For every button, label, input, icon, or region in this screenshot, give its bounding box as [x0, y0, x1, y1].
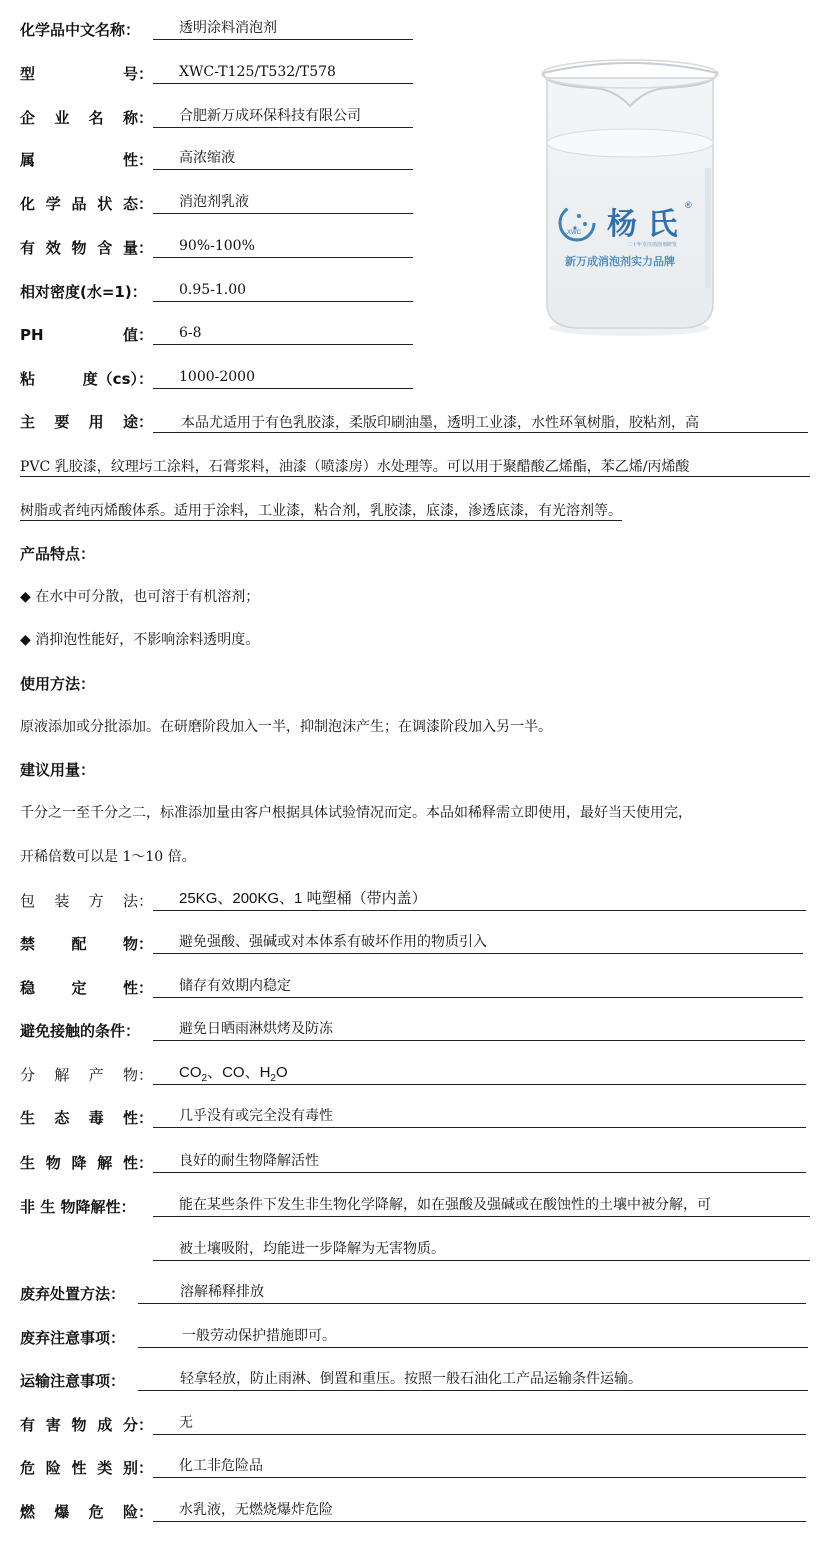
spec-label: 危险性类别：	[20, 1458, 153, 1478]
spec-label: 非 生 物降解性：	[20, 1197, 153, 1217]
svg-text:杨 氏: 杨 氏	[607, 207, 678, 242]
spec-row-state: 化学品状态： 消泡剂乳液	[20, 192, 413, 214]
spec-row-decomposition: 分解产物： CO2、CO、H2O	[20, 1063, 806, 1085]
spec-label: 避免接触的条件：	[20, 1021, 153, 1041]
spec-label: 包装方法：	[20, 891, 153, 911]
main-use-text: 本品尤适用于有色乳胶漆，柔版印刷油墨，透明工业漆，水性环氧树脂，胶粘剂，高	[153, 412, 808, 433]
spec-value: 一般劳动保护措施即可。	[138, 1326, 808, 1348]
feature-item: ◆ 消抑泡性能好，不影响涂料透明度。	[20, 629, 259, 649]
spec-row-company: 企业名称： 合肥新万成环保科技有限公司	[20, 106, 413, 128]
spec-row-packaging: 包装方法： 25KG、200KG、1 吨塑桶（带内盖）	[20, 889, 806, 911]
spec-value: 储存有效期内稳定	[153, 976, 803, 998]
spec-row-abiotic-degradation: 非 生 物降解性： 能在某些条件下发生非生物化学降解，如在强酸及强碱或在酸蚀性的…	[20, 1195, 810, 1217]
spec-label: 型号：	[20, 64, 153, 84]
svg-text:新万成消泡剂实力品牌: 新万成消泡剂实力品牌	[565, 254, 675, 268]
spec-value: 0.95-1.00	[153, 280, 413, 302]
spec-row-transport-notes: 运输注意事项： 轻拿轻放，防止雨淋、倒置和重压。按照一般石油化工产品运输条件运输…	[20, 1369, 808, 1391]
spec-label: 废弃处置方法：	[20, 1284, 138, 1304]
spec-label: 化学品中文名称：	[20, 20, 153, 40]
spec-row-disposal-notes: 废弃注意事项： 一般劳动保护措施即可。	[20, 1326, 808, 1348]
spec-row-avoid-conditions: 避免接触的条件： 避免日晒雨淋烘烤及防冻	[20, 1019, 805, 1041]
spec-row-stability: 稳定性： 储存有效期内稳定	[20, 976, 803, 998]
spec-label: 生物降解性：	[20, 1153, 153, 1173]
svg-text:二十年专注消泡剂研发: 二十年专注消泡剂研发	[627, 241, 677, 248]
spec-value: 6-8	[153, 323, 413, 345]
spec-value: 被土壤吸附，均能进一步降解为无害物质。	[153, 1239, 810, 1261]
product-image: XWC 杨 氏 ® 二十年专注消泡剂研发 新万成消泡剂实力品牌	[535, 48, 725, 338]
spec-label: 企业名称：	[20, 108, 153, 128]
dosage-line-1: 千分之一至千分之二，标准添加量由客户根据具体试验情况而定。本品如稀释需立即使用，…	[20, 802, 692, 822]
features-title: 产品特点：	[20, 543, 95, 564]
spec-value: 能在某些条件下发生非生物化学降解，如在强酸及强碱或在酸蚀性的土壤中被分解，可	[153, 1195, 810, 1217]
spec-value: 合肥新万成环保科技有限公司	[153, 106, 413, 128]
usage-title: 使用方法：	[20, 673, 95, 694]
spec-value: 轻拿轻放，防止雨淋、倒置和重压。按照一般石油化工产品运输条件运输。	[138, 1369, 808, 1391]
spec-row-active-content: 有效物含量： 90%-100%	[20, 236, 413, 258]
spec-label: 分解产物：	[20, 1065, 153, 1085]
spec-row-biodegradability: 生物降解性： 良好的耐生物降解活性	[20, 1151, 806, 1173]
spec-value: 避免强酸、强碱或对本体系有破坏作用的物质引入	[153, 932, 803, 954]
feature-item: ◆ 在水中可分散，也可溶于有机溶剂；	[20, 586, 259, 606]
spec-label: 相对密度(水=1)：	[20, 282, 153, 302]
spec-value: 25KG、200KG、1 吨塑桶（带内盖）	[153, 889, 806, 911]
spec-value: 90%-100%	[153, 236, 413, 258]
spec-row-incompatible: 禁配物： 避免强酸、强碱或对本体系有破坏作用的物质引入	[20, 932, 803, 954]
spec-row-hazardous-components: 有害物成分： 无	[20, 1413, 806, 1435]
spec-row-explosion-hazard: 燃爆危险： 水乳液，无燃烧爆炸危险	[20, 1500, 806, 1522]
spec-value: 透明涂料消泡剂	[153, 18, 413, 40]
spec-label: 有效物含量：	[20, 238, 153, 258]
feature-text: 在水中可分散，也可溶于有机溶剂；	[35, 589, 259, 605]
spec-label: 废弃注意事项：	[20, 1328, 138, 1348]
spec-row-chinese-name: 化学品中文名称： 透明涂料消泡剂	[20, 18, 413, 40]
dosage-title: 建议用量：	[20, 759, 95, 780]
spec-label: 稳定性：	[20, 978, 153, 998]
spec-row-viscosity: 粘度（cs）： 1000-2000	[20, 367, 413, 389]
spec-label: 有害物成分：	[20, 1415, 153, 1435]
spec-value: 溶解稀释排放	[138, 1282, 806, 1304]
main-use-line-2: PVC 乳胶漆，纹理圬工涂料，石膏浆料，油漆（喷漆房）水处理等。可以用于聚醋酸乙…	[20, 456, 810, 477]
spec-row-model: 型号： XWC-T125/T532/T578	[20, 62, 413, 84]
spec-row-eco-toxicity: 生态毒性： 几乎没有或完全没有毒性	[20, 1106, 806, 1128]
spec-value: 消泡剂乳液	[153, 192, 413, 214]
spec-label: 化学品状态：	[20, 194, 153, 214]
spec-row-density: 相对密度(水=1)： 0.95-1.00	[20, 280, 413, 302]
main-use-line-1: 主要用途：本品尤适用于有色乳胶漆，柔版印刷油墨，透明工业漆，水性环氧树脂，胶粘剂…	[20, 412, 812, 433]
spec-label: 燃爆危险：	[20, 1502, 153, 1522]
usage-text: 原液添加或分批添加。在研磨阶段加入一半，抑制泡沫产生；在调漆阶段加入另一半。	[20, 716, 552, 736]
dosage-line-2: 开稀倍数可以是 1～10 倍。	[20, 846, 196, 866]
spec-row-property: 属性： 高浓缩液	[20, 148, 413, 170]
spec-label: 生态毒性：	[20, 1108, 153, 1128]
spec-value: 几乎没有或完全没有毒性	[153, 1106, 806, 1128]
spec-row-ph: PH值： 6-8	[20, 323, 413, 345]
spec-value: 无	[153, 1413, 806, 1435]
spec-value: 良好的耐生物降解活性	[153, 1151, 806, 1173]
main-use-label: 主要用途：	[20, 412, 153, 432]
spec-value: 1000-2000	[153, 367, 413, 389]
spec-label: 粘度（cs）：	[20, 369, 153, 389]
spec-label: 禁配物：	[20, 934, 153, 954]
spec-value: 水乳液，无燃烧爆炸危险	[153, 1500, 806, 1522]
beaker-icon: XWC 杨 氏 ® 二十年专注消泡剂研发 新万成消泡剂实力品牌	[535, 48, 725, 338]
spec-row-hazard-class: 危险性类别： 化工非危险品	[20, 1456, 806, 1478]
spec-value: CO2、CO、H2O	[153, 1063, 806, 1085]
main-use-line-3: 树脂或者纯丙烯酸体系。适用于涂料，工业漆，粘合剂，乳胶漆，底漆，渗透底漆，有光溶…	[20, 500, 622, 521]
diamond-bullet-icon: ◆	[20, 632, 31, 648]
spec-row-disposal-method: 废弃处置方法： 溶解稀释排放	[20, 1282, 806, 1304]
spec-row-abiotic-degradation-cont: 被土壤吸附，均能进一步降解为无害物质。	[153, 1239, 810, 1261]
svg-text:XWC: XWC	[567, 230, 582, 236]
spec-value: 高浓缩液	[153, 148, 413, 170]
spec-label: 属性：	[20, 150, 153, 170]
diamond-bullet-icon: ◆	[20, 589, 31, 605]
feature-text: 消抑泡性能好，不影响涂料透明度。	[35, 632, 259, 648]
spec-value: 化工非危险品	[153, 1456, 806, 1478]
spec-value: XWC-T125/T532/T578	[153, 62, 413, 84]
spec-label: 运输注意事项：	[20, 1371, 138, 1391]
svg-text:®: ®	[685, 200, 692, 210]
spec-value: 避免日晒雨淋烘烤及防冻	[153, 1019, 805, 1041]
spec-label: PH值：	[20, 325, 153, 345]
